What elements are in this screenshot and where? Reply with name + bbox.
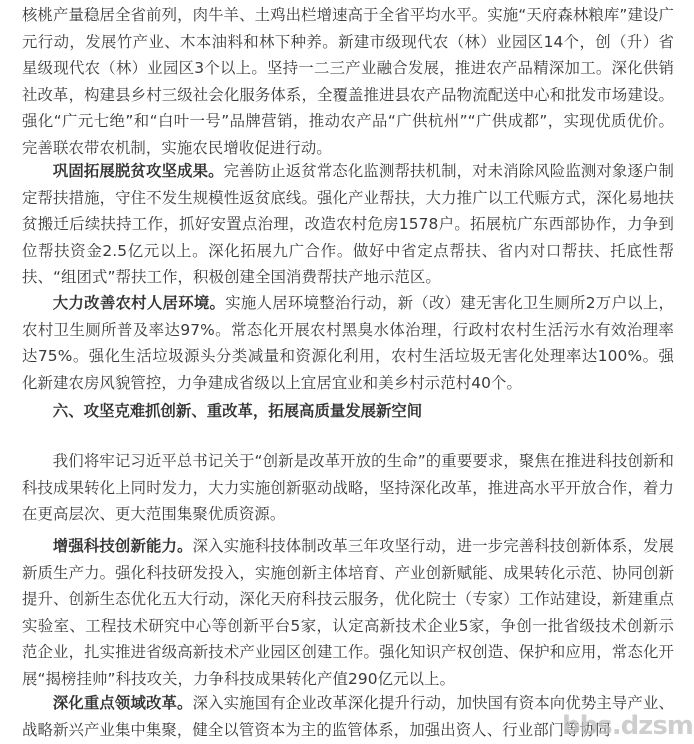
paragraph-poverty-alleviation: 巩固拓展脱贫攻坚成果。完善防止返贫常态化监测帮扶机制，对未消除风险监测对象逐户制… <box>22 158 674 291</box>
paragraph-rural-environment: 大力改善农村人居环境。实施人居环境整治行动，新（改）建无害化卫生厕所2万户以上，… <box>22 290 674 396</box>
paragraph-tech-innovation: 增强科技创新能力。深入实施科技体制改革三年攻坚行动，进一步完善科技创新体系，发展… <box>22 533 674 692</box>
paragraph-lead: 深化重点领域改革。 <box>53 694 193 712</box>
paragraph-agriculture: 核桃产量稳居全省前列，肉牛羊、土鸡出栏增速高于全省平均水平。实施“天府森林粮库”… <box>22 2 674 161</box>
paragraph-lead: 巩固拓展脱贫攻坚成果。 <box>53 162 224 180</box>
paragraph-text: 深入实施科技体制改革三年攻坚行动，进一步完善科技创新体系，发展新质生产力。强化科… <box>22 537 674 688</box>
paragraph-text: 完善防止返贫常态化监测帮扶机制，对未消除风险监测对象逐户制定帮扶措施，守住不发生… <box>22 162 674 286</box>
paragraph-innovation-intro: 我们将牢记习近平总书记关于“创新是改革开放的生命”的重要要求，聚焦在推进科技创新… <box>22 448 674 528</box>
paragraph-lead: 大力改善农村人居环境。 <box>53 294 225 312</box>
paragraph-lead: 增强科技创新能力。 <box>53 537 193 555</box>
section-heading: 六、攻坚克难抓创新、重改革，拓展高质量发展新空间 <box>22 398 422 425</box>
watermark: bbs.dzsm.com <box>562 711 694 741</box>
